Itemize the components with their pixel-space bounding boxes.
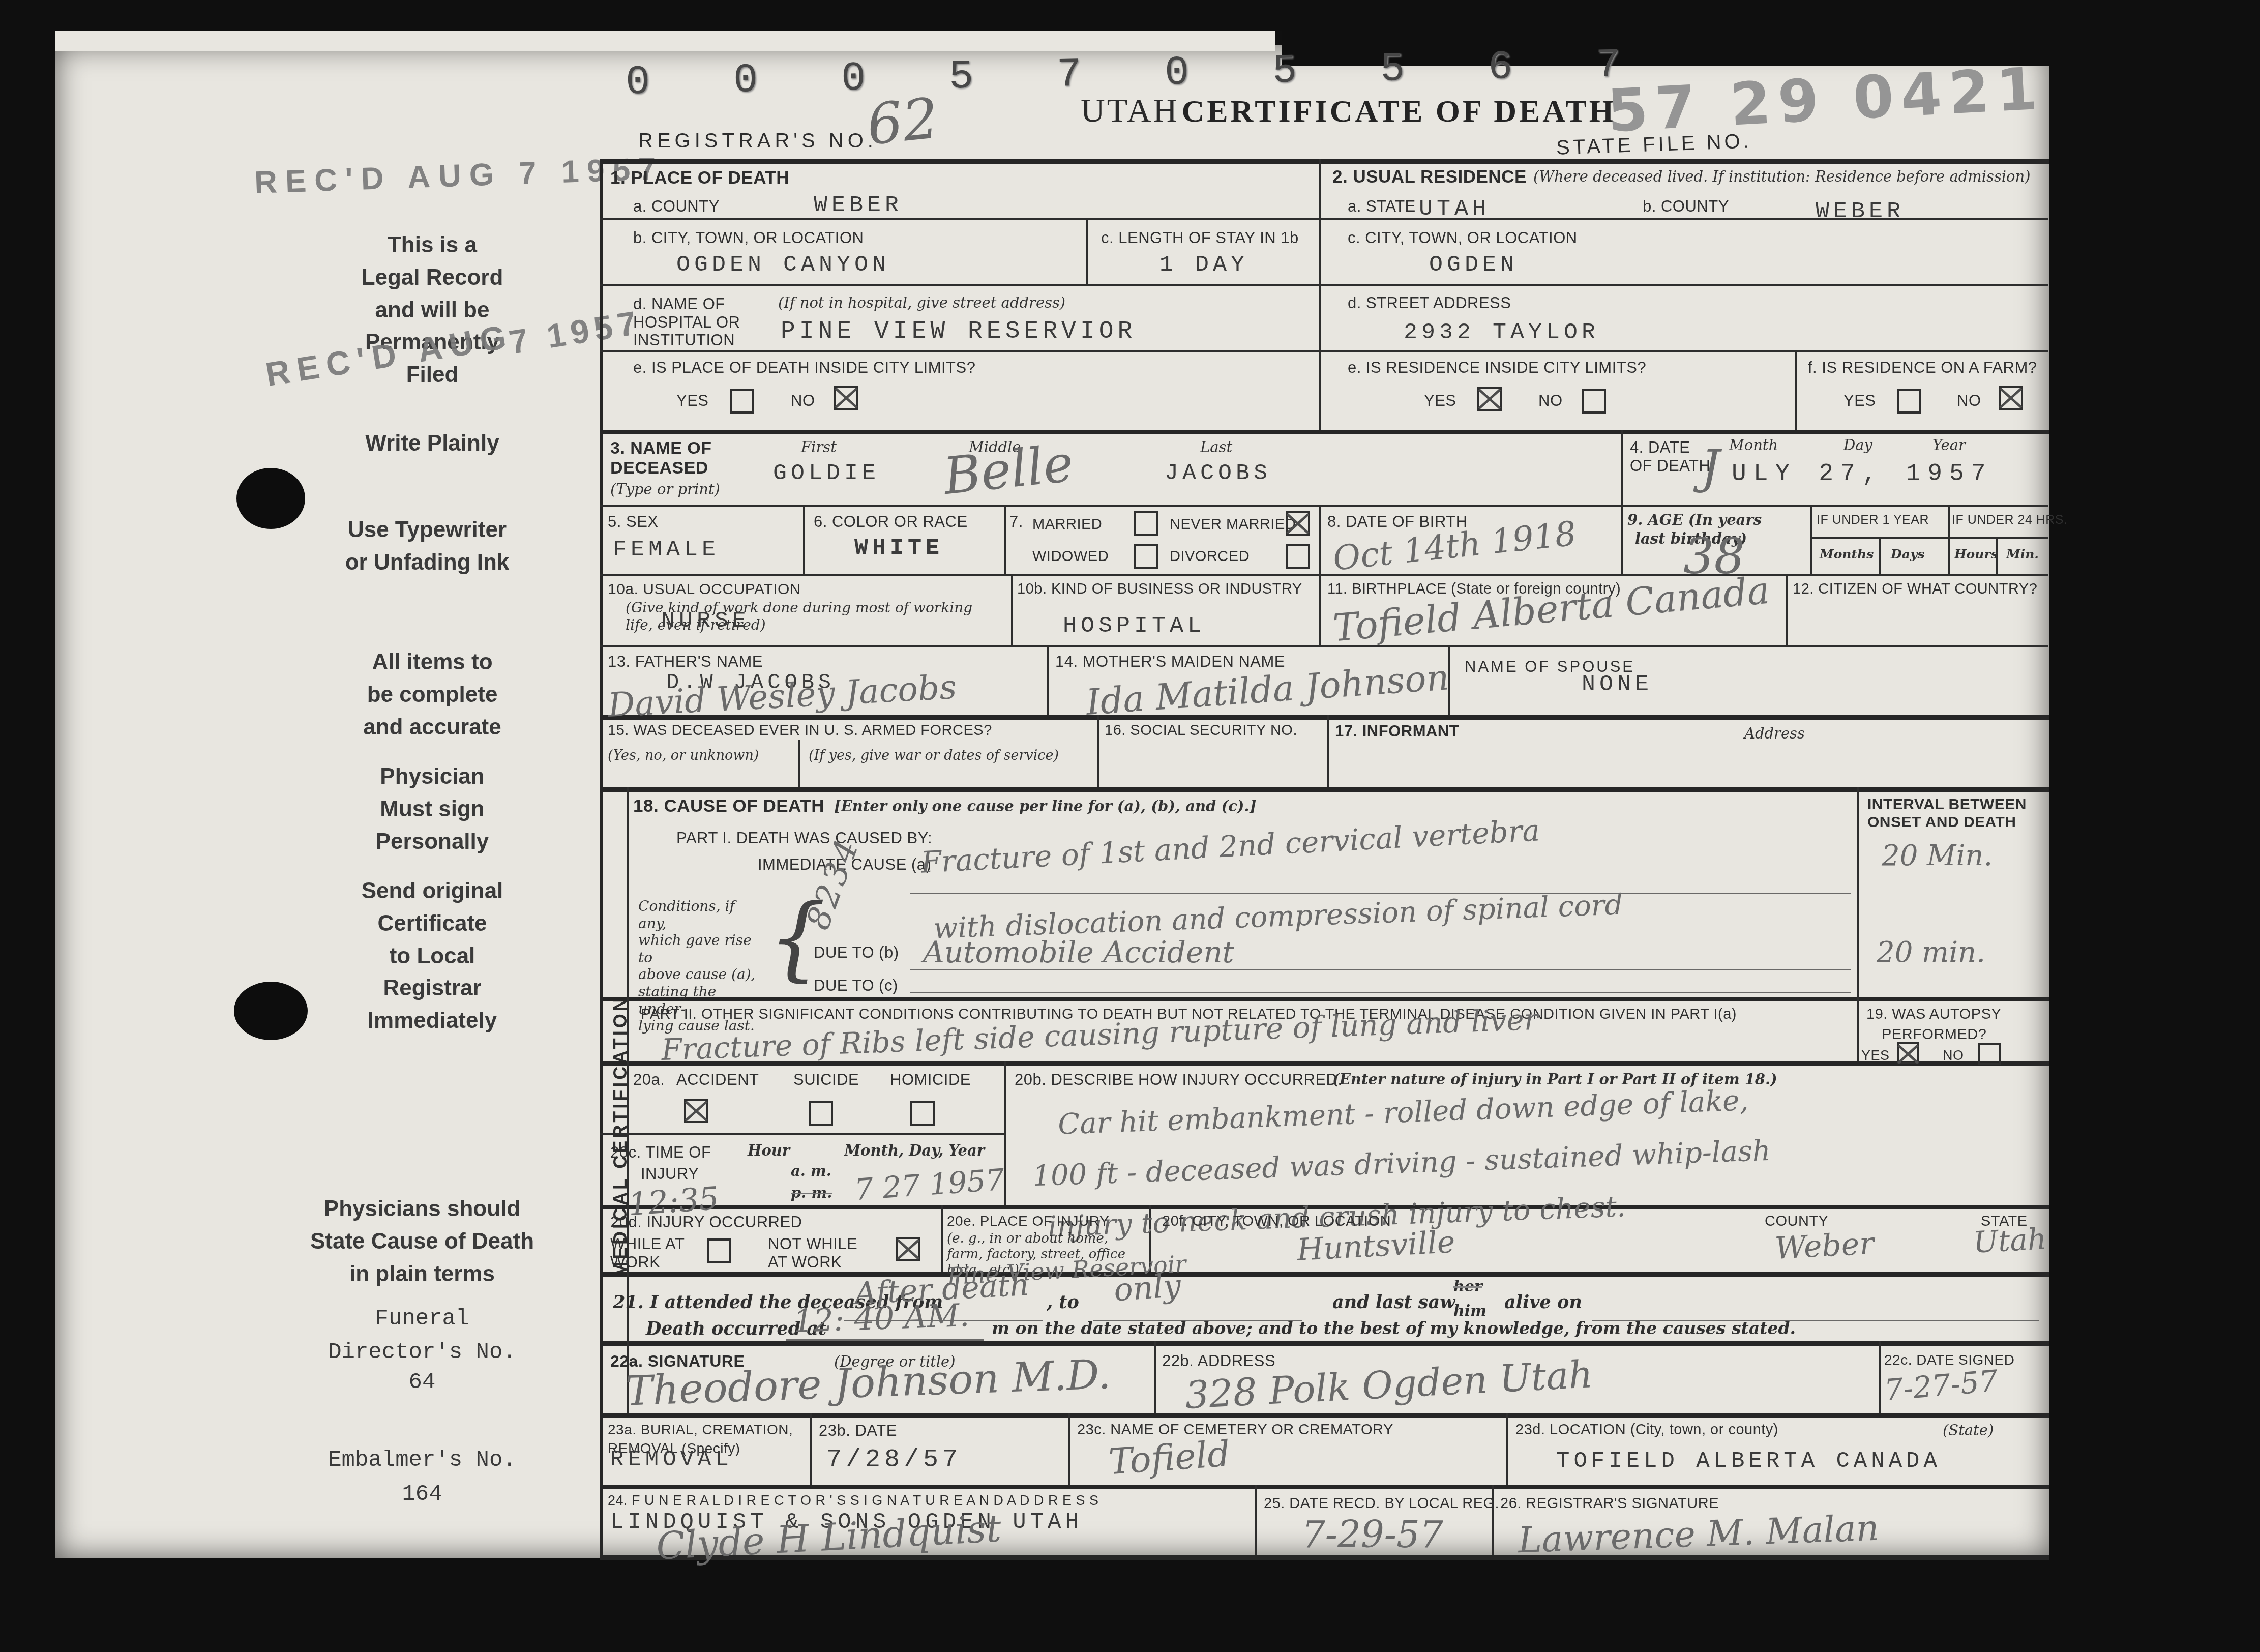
box15-label: 15. WAS DECEASED EVER IN U. S. ARMED FOR…	[608, 722, 992, 739]
box23b-value: 7/28/57	[826, 1445, 962, 1474]
box9-under24-label: IF UNDER 24 HRS.	[1952, 513, 2067, 527]
page-title: UTAH CERTIFICATE OF DEATH	[1081, 92, 1616, 130]
box1a-value: WEBER	[814, 192, 903, 218]
box21-printed-2: , to	[1047, 1292, 1079, 1313]
scan-border-left	[0, 0, 55, 1652]
box25-value: 7-29-57	[1302, 1513, 1443, 1556]
box2e-yes-label: YES	[1424, 392, 1456, 410]
punch-hole	[234, 982, 308, 1040]
box20e-label: 20e. PLACE OF INJURY	[947, 1213, 1109, 1229]
box23a-label: 23a. BURIAL, CREMATION,	[608, 1422, 793, 1438]
box9-days-label: Days	[1891, 547, 1924, 562]
box20d-while-checkbox	[707, 1238, 731, 1263]
box9-label: 9. AGE (In years	[1627, 511, 1762, 528]
box6-value: WHITE	[854, 535, 943, 561]
box20a-number: 20a.	[633, 1071, 665, 1089]
box9-months-label: Months	[1820, 547, 1874, 562]
box1d-label: d. NAME OF HOSPITAL OR INSTITUTION	[633, 295, 781, 349]
box2e-no-checkbox	[1582, 389, 1606, 414]
box16-label: 16. SOCIAL SECURITY NO.	[1105, 722, 1297, 739]
box20f-county-label: COUNTY	[1765, 1213, 1828, 1230]
box7-widowed-checkbox	[1134, 544, 1158, 569]
box21-him-label: him	[1453, 1302, 1486, 1320]
interval-header: INTERVAL BETWEEN ONSET AND DEATH	[1867, 796, 2045, 831]
margin-send-original: Send original Certificate to Local Regis…	[305, 875, 559, 1037]
box23b-label: 23b. DATE	[819, 1422, 897, 1440]
box23d-value: TOFIELD ALBERTA CANADA	[1556, 1449, 1941, 1474]
box13-label: 13. FATHER'S NAME	[608, 653, 763, 671]
box9-under1yr-label: IF UNDER 1 YEAR	[1817, 513, 1929, 527]
box20c-label2: INJURY	[641, 1165, 699, 1183]
box7-number: 7.	[1009, 513, 1023, 531]
box14-label: 14. MOTHER'S MAIDEN NAME	[1055, 653, 1285, 671]
death-certificate-scan: 0 0 0 5 7 0 5 5 6 7 UTAH CERTIFICATE OF …	[0, 0, 2260, 1652]
box19-no-checkbox	[1978, 1043, 2001, 1065]
box19-label: 19. WAS AUTOPSY	[1866, 1006, 2001, 1023]
margin-funeral-director-value: 64	[285, 1366, 559, 1399]
box17-address-label: Address	[1744, 725, 1805, 742]
box2e-yes-checkbox	[1477, 387, 1502, 411]
box15-note1: (Yes, no, or unknown)	[608, 748, 759, 763]
box20d-label: 20d. INJURY OCCURRED	[610, 1213, 802, 1231]
title-utah: UTAH	[1081, 92, 1179, 129]
box20c-am-label: a. m.	[791, 1162, 831, 1179]
box2f-yes-label: YES	[1843, 392, 1876, 410]
box1b-label: b. CITY, TOWN, OR LOCATION	[633, 229, 864, 247]
box4-month-label: Month	[1729, 436, 1778, 454]
box2f-no-checkbox	[1999, 386, 2023, 410]
conditions-brace: {	[768, 885, 826, 991]
box7-widowed-label: WIDOWED	[1032, 548, 1109, 565]
box25-label: 25. DATE RECD. BY LOCAL REG.	[1264, 1495, 1499, 1512]
spouse-value: NONE	[1582, 671, 1653, 697]
registrar-no-value: 62	[864, 85, 942, 158]
scan-border-right	[2049, 0, 2260, 1652]
box20c-mdy-label: Month, Day, Year	[844, 1142, 985, 1159]
box2c-label: c. CITY, TOWN, OR LOCATION	[1348, 229, 1578, 247]
box7-never-married-label: NEVER MARRIED	[1170, 516, 1296, 533]
margin-embalmer-value: 164	[285, 1478, 559, 1511]
box1d-note: (If not in hospital, give street address…	[778, 294, 1065, 311]
box1e-no-checkbox	[834, 386, 858, 410]
box12-label: 12. CITIZEN OF WHAT COUNTRY?	[1793, 581, 2037, 598]
box10a-label: 10a. USUAL OCCUPATION	[608, 581, 801, 598]
box9-min-label: Min.	[2006, 547, 2039, 562]
box1c-label: c. LENGTH OF STAY IN 1b	[1101, 229, 1315, 247]
box17-label: 17. INFORMANT	[1335, 722, 1459, 741]
box5-label: 5. SEX	[608, 513, 659, 531]
box3-first-label: First	[801, 438, 837, 456]
box4-day-label: Day	[1843, 436, 1872, 454]
cause-b-value: Automobile Accident	[923, 935, 1234, 969]
margin-plain-terms: Physicians should State Cause of Death i…	[270, 1193, 575, 1290]
box4-year-label: Year	[1932, 436, 1966, 454]
box20c-label: 20c. TIME OF	[610, 1143, 711, 1162]
box21-hand-to: only	[1113, 1266, 1182, 1308]
margin-funeral-director-no: Funeral Director's No.	[285, 1302, 559, 1369]
box21-printed-6: m on the date stated above; and to the b…	[992, 1318, 1796, 1338]
box1e-yes-checkbox	[730, 389, 754, 414]
box23d-label: 23d. LOCATION (City, town, or county)	[1515, 1422, 1778, 1438]
box3-last-value: JACOBS	[1165, 460, 1271, 486]
box2e-no-label: NO	[1538, 392, 1563, 410]
due-to-b-label: DUE TO (b)	[814, 943, 899, 962]
margin-all-items: All items to be complete and accurate	[305, 646, 559, 743]
box18-title: 18. CAUSE OF DEATH	[633, 796, 824, 816]
box20f-state-value: Utah	[1972, 1221, 2047, 1259]
box19-yes-checkbox	[1897, 1042, 1919, 1064]
box20a-homicide-checkbox	[910, 1101, 935, 1126]
box19-label2: PERFORMED?	[1882, 1026, 1986, 1043]
box21-printed-3: and last saw	[1332, 1292, 1455, 1313]
box19-no-label: NO	[1943, 1048, 1964, 1064]
box7-married-label: MARRIED	[1032, 516, 1102, 533]
box2f-yes-checkbox	[1897, 389, 1921, 414]
box20d-notwhile-label: NOT WHILE AT WORK	[768, 1235, 870, 1271]
box20f-county-value: Weber	[1774, 1226, 1875, 1266]
box2f-label: f. IS RESIDENCE ON A FARM?	[1808, 359, 2037, 377]
box1e-yes-label: YES	[676, 392, 709, 410]
box7-divorced-label: DIVORCED	[1170, 548, 1250, 565]
box2e-label: e. IS RESIDENCE INSIDE CITY LIMITS?	[1348, 359, 1646, 377]
registrar-no-label: REGISTRAR'S NO.	[638, 130, 877, 153]
margin-use-typewriter: Use Typewriter or Unfading Ink	[295, 514, 559, 579]
box10a-value: NURSE	[661, 608, 750, 634]
box1e-no-label: NO	[791, 392, 815, 410]
box7-married-checkbox	[1134, 511, 1158, 536]
box18-note: [Enter only one cause per line for (a), …	[834, 798, 1256, 815]
box3-last-label: Last	[1200, 438, 1232, 456]
box1a-label: a. COUNTY	[633, 197, 720, 216]
box20d-while-label: WHILE AT WORK	[610, 1235, 702, 1271]
box2b-label: b. COUNTY	[1643, 197, 1729, 216]
box3-title: 3. NAME OF DECEASED	[610, 438, 742, 478]
box10b-value: HOSPITAL	[1063, 613, 1205, 639]
box2a-label: a. STATE	[1348, 197, 1416, 216]
box3-sub: (Type or print)	[610, 481, 720, 498]
box15-note2: (If yes, give war or dates of service)	[809, 748, 1059, 763]
scan-border-bottom	[0, 1558, 2260, 1652]
box20c-hour-label: Hour	[748, 1142, 790, 1159]
box2d-label: d. STREET ADDRESS	[1348, 294, 1511, 312]
box7-never-married-checkbox	[1286, 511, 1310, 536]
box6-label: 6. COLOR OR RACE	[814, 513, 968, 531]
box21-printed-4: alive on	[1504, 1292, 1582, 1313]
box20b-label: 20b. DESCRIBE HOW INJURY OCCURRED.	[1015, 1071, 1343, 1089]
box3-first-value: GOLDIE	[773, 460, 880, 486]
box1d-value: PINE VIEW RESERVIOR	[781, 318, 1136, 345]
box2b-value: WEBER	[1816, 198, 1905, 224]
box22b-label: 22b. ADDRESS	[1162, 1352, 1275, 1370]
box1c-value: 1 DAY	[1159, 252, 1248, 278]
due-to-c-label: DUE TO (c)	[814, 977, 898, 995]
paper-torn-top	[55, 31, 1275, 51]
box23d-state-note: (State)	[1943, 1422, 1994, 1439]
box10b-label: 10b. KIND OF BUSINESS OR INDUSTRY	[1017, 581, 1302, 598]
box2-note: (Where deceased lived. If institution: R…	[1533, 168, 2042, 186]
box23c-value: Tofield	[1107, 1433, 1231, 1483]
box4-label: 4. DATE OF DEATH	[1630, 438, 1711, 475]
box20a-suicide-label: SUICIDE	[793, 1071, 859, 1089]
box24-label: 24. F U N E R A L D I R E C T O R ' S S …	[608, 1493, 1098, 1509]
interval-b-value: 20 min.	[1877, 936, 1985, 969]
box19-yes-label: YES	[1861, 1048, 1890, 1064]
box20a-accident-label: ACCIDENT	[676, 1071, 759, 1089]
box5-value: FEMALE	[613, 537, 720, 563]
box20a-suicide-checkbox	[809, 1101, 833, 1126]
title-main: CERTIFICATE OF DEATH	[1181, 94, 1616, 129]
box21-her-label: her	[1453, 1278, 1482, 1295]
margin-write-plainly: Write Plainly	[305, 427, 559, 460]
margin-physician-sign: Physician Must sign Personally	[305, 760, 559, 858]
box7-divorced-checkbox	[1286, 544, 1310, 569]
box23a-value: REMOVAL	[610, 1447, 733, 1472]
box1-title: 1. PLACE OF DEATH	[610, 168, 789, 188]
box20c-pm-label: p. m.	[791, 1184, 832, 1201]
box4-value: ULY 27, 1957	[1732, 460, 1993, 488]
box20f-label: 20f. CITY, TOWN, OR LOCATION	[1162, 1213, 1391, 1230]
box18-part1-label: PART I. DEATH WAS CAUSED BY:	[676, 829, 932, 847]
box20d-notwhile-checkbox	[896, 1237, 920, 1261]
margin-embalmer-no: Embalmer's No.	[285, 1443, 559, 1477]
box1e-label: e. IS PLACE OF DEATH INSIDE CITY LIMITS?	[633, 359, 975, 377]
box23c-label: 23c. NAME OF CEMETERY OR CREMATORY	[1077, 1422, 1393, 1438]
box2-title: 2. USUAL RESIDENCE	[1332, 167, 1527, 187]
box20a-accident-checkbox	[684, 1099, 708, 1123]
box4-hand-j: J	[1701, 440, 1720, 494]
box2a-value: UTAH	[1419, 196, 1490, 222]
box20a-homicide-label: HOMICIDE	[890, 1071, 971, 1089]
box26-label: 26. REGISTRAR'S SIGNATURE	[1500, 1495, 1719, 1512]
box2c-value: OGDEN	[1429, 252, 1518, 278]
box21-hand-time: 12: 40 AM.	[793, 1296, 970, 1340]
box2d-value: 2932 TAYLOR	[1404, 319, 1599, 345]
box9-hours-label: Hours	[1954, 547, 1998, 562]
box1b-value: OGDEN CANYON	[676, 252, 890, 278]
interval-a-value: 20 Min.	[1882, 839, 1993, 872]
box2f-no-label: NO	[1957, 392, 1981, 410]
